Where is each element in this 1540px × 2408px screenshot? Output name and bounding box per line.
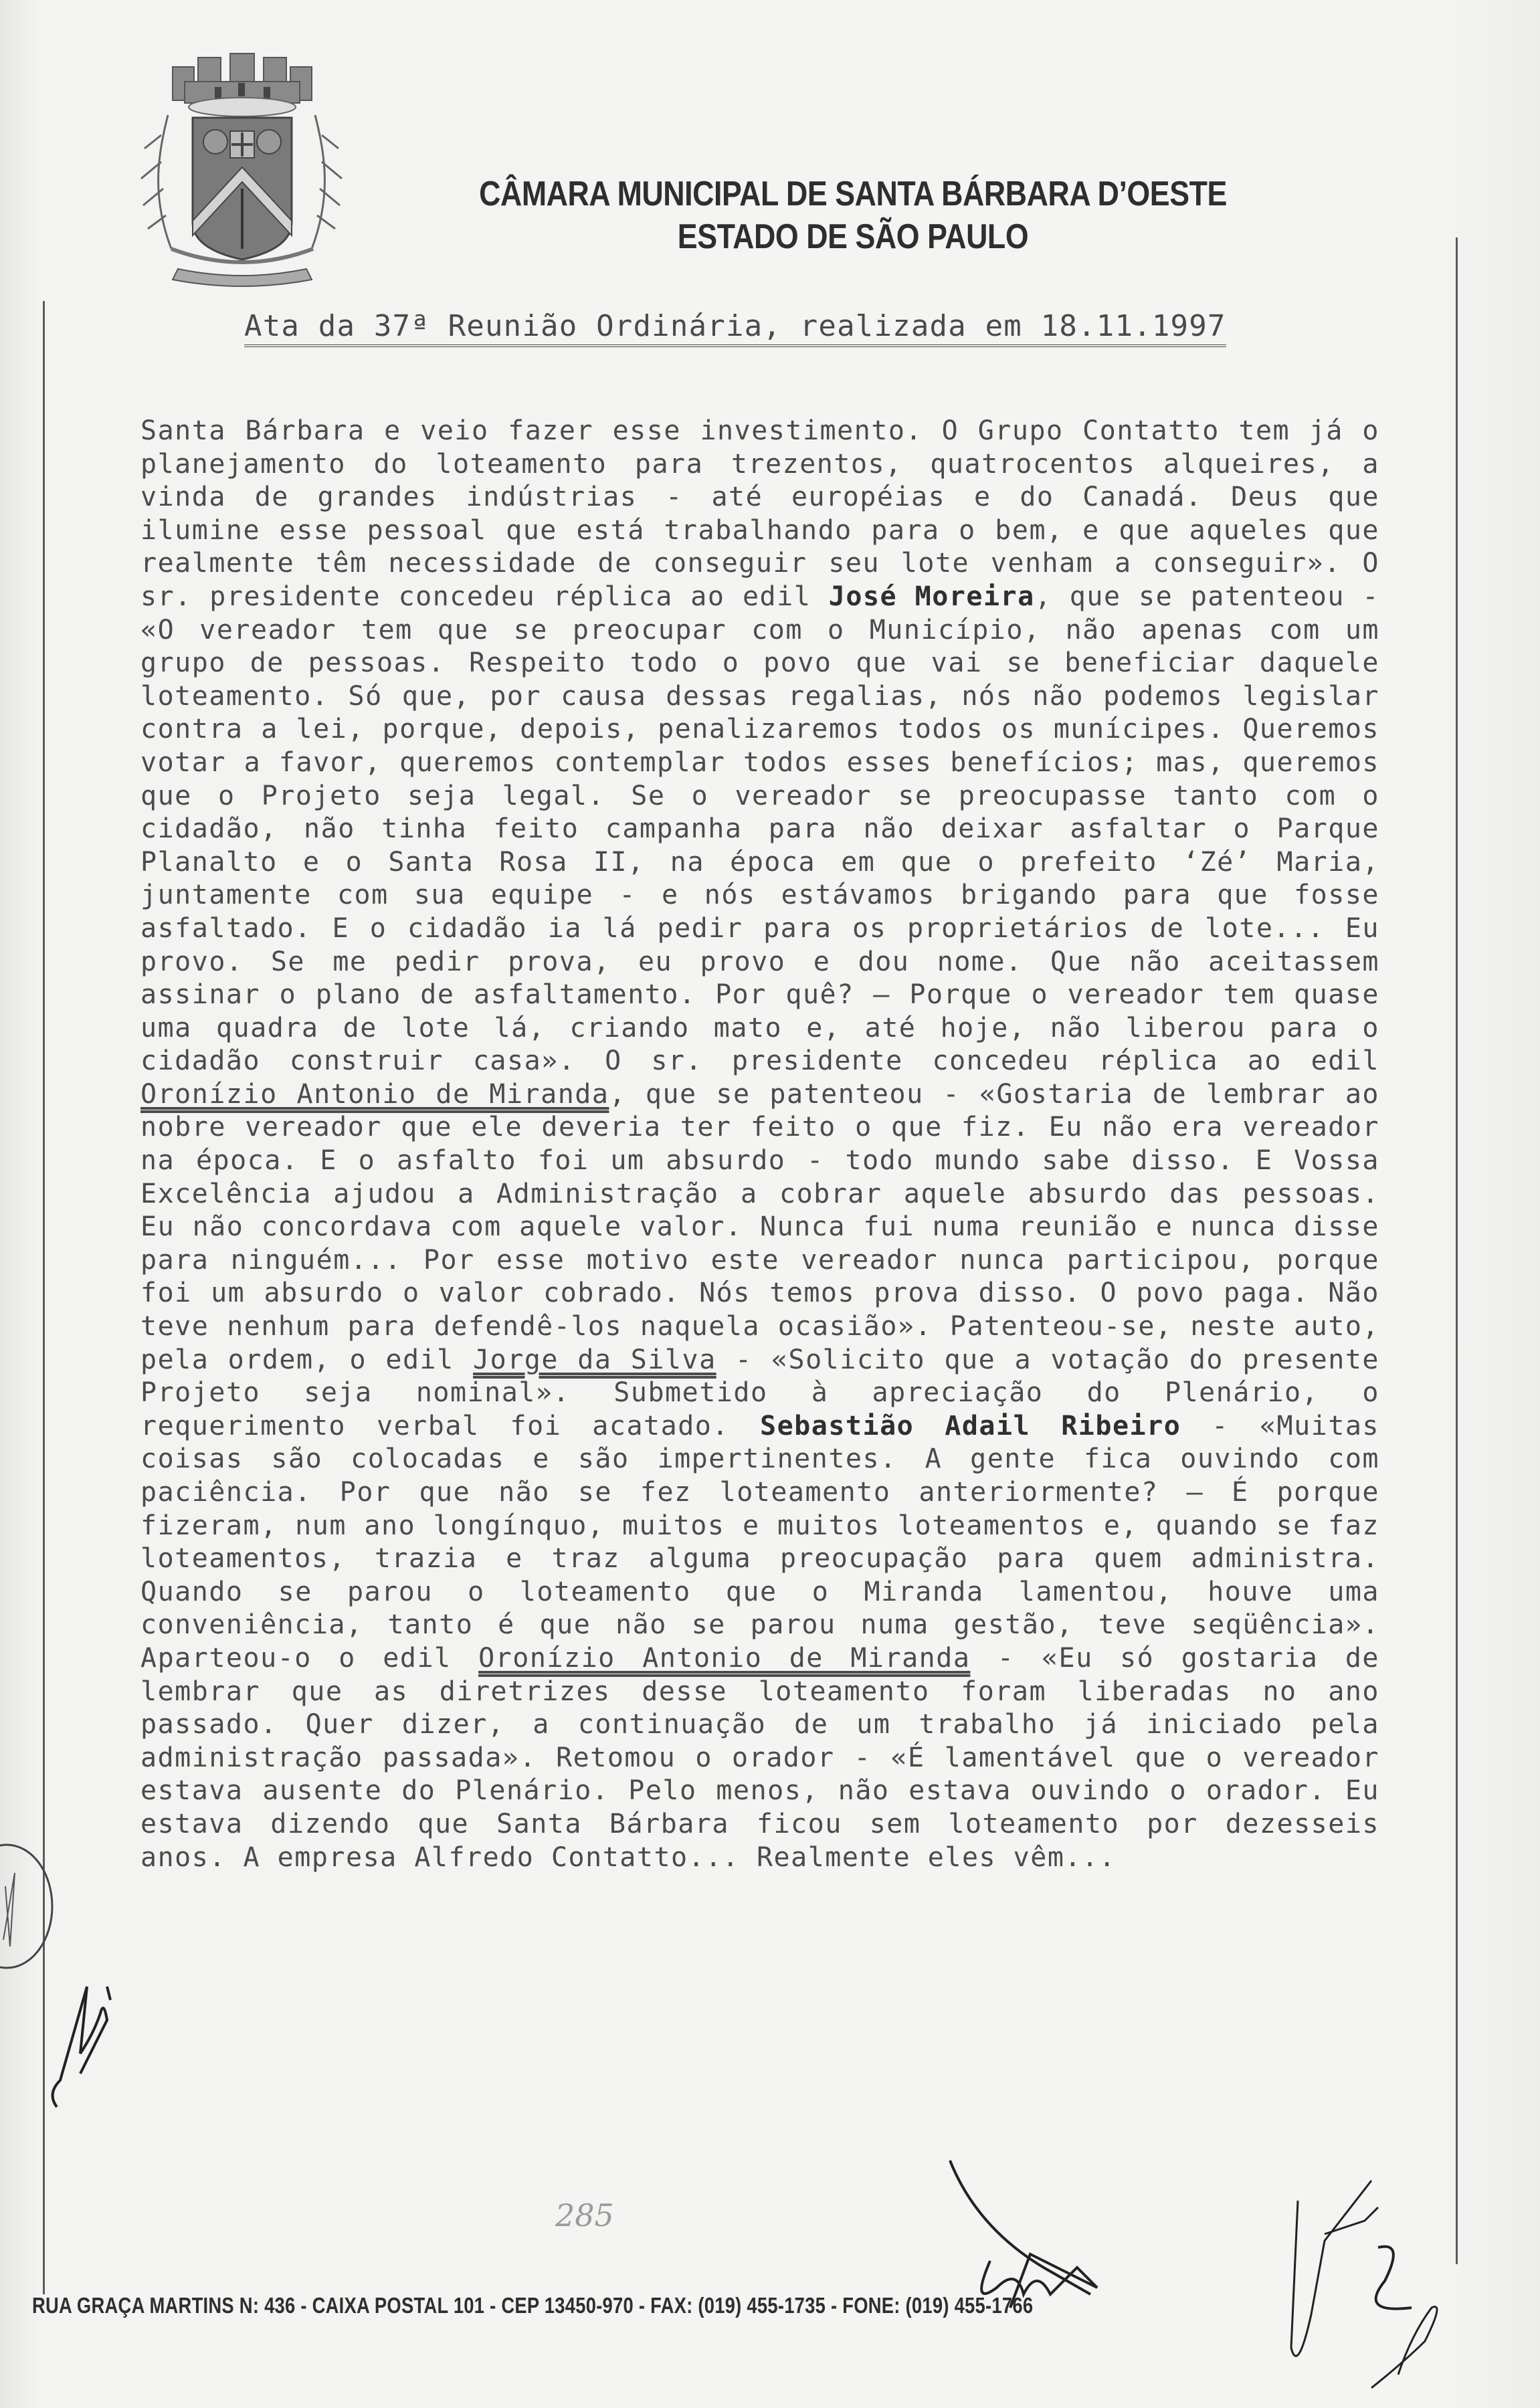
body-text-segment: - «Eu só gostaria de lembrar que as dire…	[140, 1643, 1379, 1873]
state-name: ESTADO DE SÃO PAULO	[442, 215, 1264, 258]
document-title-text: Ata da 37ª Reunião Ordinária, realizada …	[244, 309, 1226, 347]
body-text-segment: , que se patenteou - «O vereador tem que…	[140, 581, 1379, 1076]
councillor-name: Oronízio Antonio de Miranda	[140, 1079, 609, 1110]
body-text-segment: - «Muitas coisas são colocadas e são imp…	[140, 1411, 1379, 1674]
speaker-name: José Moreira	[829, 581, 1035, 612]
document-title: Ata da 37ª Reunião Ordinária, realizada …	[244, 309, 1328, 343]
footer-address: RUA GRAÇA MARTINS N: 436 - CAIXA POSTAL …	[32, 2293, 1242, 2318]
handwritten-page-number: 285	[555, 2197, 614, 2233]
left-margin-rule	[43, 301, 45, 2294]
right-margin-rule	[1456, 237, 1458, 2264]
letterhead: CÂMARA MUNICIPAL DE SANTA BÁRBARA D’OEST…	[442, 173, 1264, 258]
speaker-name: Sebastião Adail Ribeiro	[760, 1411, 1181, 1441]
councillor-name: Oronízio Antonio de Miranda	[478, 1643, 970, 1674]
institution-name: CÂMARA MUNICIPAL DE SANTA BÁRBARA D’OEST…	[442, 173, 1264, 215]
minutes-body: Santa Bárbara e veio fazer esse investim…	[140, 415, 1379, 1874]
councillor-name: Jorge da Silva	[473, 1344, 716, 1375]
coat-of-arms-icon	[131, 48, 352, 296]
body-text-segment: , que se patenteou - «Gostaria de lembra…	[140, 1079, 1379, 1375]
